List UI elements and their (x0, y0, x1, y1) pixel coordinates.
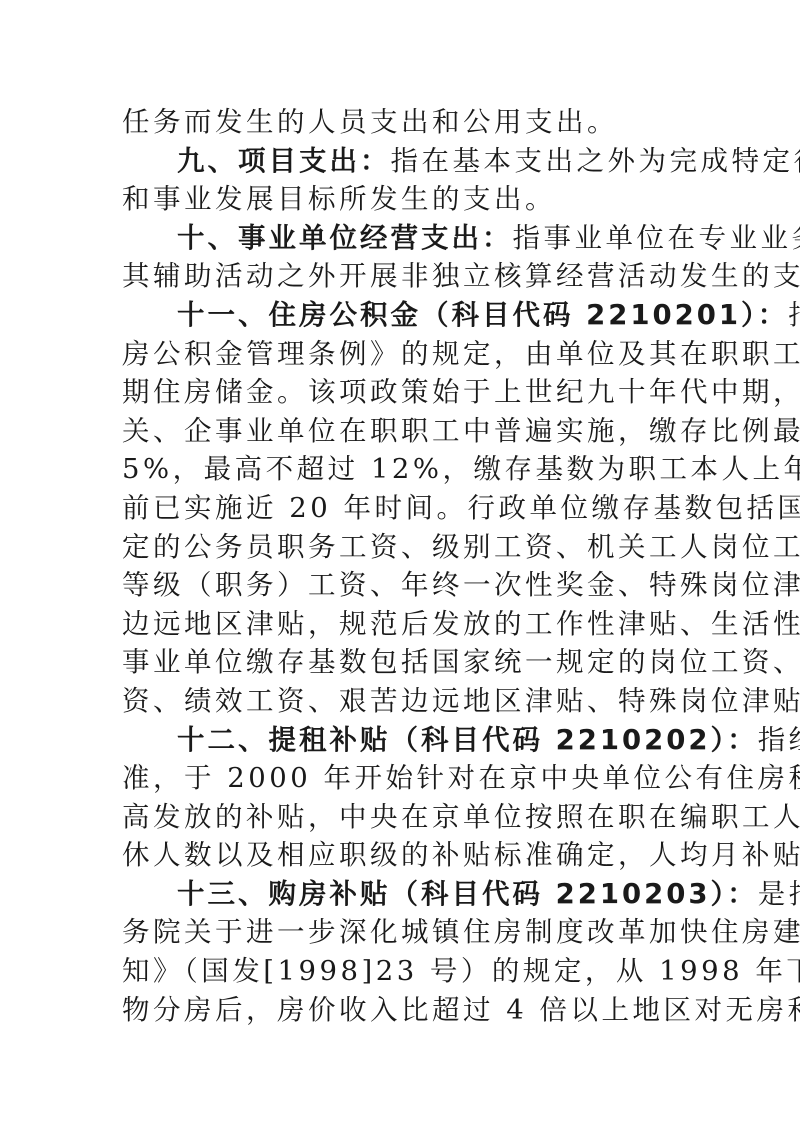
text-line: 资、绩效工资、艰苦边远地区津贴、特殊岗位津贴等。 (122, 682, 682, 721)
text-line: 边远地区津贴，规范后发放的工作性津贴、生活性补贴等； (122, 605, 682, 644)
line-text: 任务而发生的人员支出和公用支出。 (122, 106, 618, 138)
line-text: 物分房后，房价收入比超过 4 倍以上地区对无房和住房未达 (122, 994, 800, 1026)
line-text: 指经国务院批 (758, 724, 800, 756)
text-line: 物分房后，房价收入比超过 4 倍以上地区对无房和住房未达 (122, 991, 682, 1030)
text-line: 定的公务员职务工资、级别工资、机关工人岗位工资和技术 (122, 528, 682, 567)
document-page: 任务而发生的人员支出和公用支出。 九、项目支出：指在基本支出之外为完成特定行政任… (122, 103, 682, 1029)
section-heading: 十二、提租补贴（科目代码 2210202）： (177, 724, 758, 756)
line-text: 关、企事业单位在职职工中普遍实施，缴存比例最低不低于 (122, 415, 800, 447)
section-heading: 十、事业单位经营支出： (177, 222, 513, 254)
text-line: 高发放的补贴，中央在京单位按照在职在编职工人数和离退 (122, 798, 682, 837)
line-text: 边远地区津贴，规范后发放的工作性津贴、生活性补贴等； (122, 608, 800, 640)
text-line: 和事业发展目标所发生的支出。 (122, 180, 682, 219)
line-text: 前已实施近 20 年时间。行政单位缴存基数包括国家统一规 (122, 492, 800, 524)
line-text: 5%，最高不超过 12%，缴存基数为职工本人上年工资，目 (122, 453, 800, 485)
line-text: 其辅助活动之外开展非独立核算经营活动发生的支出。 (122, 260, 800, 292)
section-heading: 九、项目支出： (177, 145, 391, 177)
section-thirteen-heading-line: 十三、购房补贴（科目代码 2210203）：是指根据《国 (122, 875, 682, 914)
text-line: 房公积金管理条例》的规定，由单位及其在职职工缴存的长 (122, 335, 682, 374)
text-line: 关、企事业单位在职职工中普遍实施，缴存比例最低不低于 (122, 412, 682, 451)
line-text: 指在基本支出之外为完成特定行政任务 (391, 145, 800, 177)
text-line: 前已实施近 20 年时间。行政单位缴存基数包括国家统一规 (122, 489, 682, 528)
text-line: 任务而发生的人员支出和公用支出。 (122, 103, 682, 142)
line-text: 房公积金管理条例》的规定，由单位及其在职职工缴存的长 (122, 338, 800, 370)
line-text: 是指根据《国 (758, 878, 800, 910)
section-heading: 十一、住房公积金（科目代码 2210201）： (177, 299, 788, 331)
section-ten-heading-line: 十、事业单位经营支出：指事业单位在专业业务活动及 (122, 219, 682, 258)
line-text: 务院关于进一步深化城镇住房制度改革加快住房建设的通 (122, 916, 800, 948)
text-line: 准，于 2000 年开始针对在京中央单位公有住房租金标准提 (122, 759, 682, 798)
line-text: 知》（国发[1998]23 号）的规定，从 1998 年下半年停止实 (122, 955, 800, 987)
line-text: 定的公务员职务工资、级别工资、机关工人岗位工资和技术 (122, 531, 800, 563)
line-text: 指按照《住 (788, 299, 800, 331)
line-text: 和事业发展目标所发生的支出。 (122, 183, 556, 215)
text-line: 休人数以及相应职级的补贴标准确定，人均月补贴 90 元。 (122, 836, 682, 875)
text-line: 等级（职务）工资、年终一次性奖金、特殊岗位津贴、艰苦 (122, 566, 682, 605)
text-line: 5%，最高不超过 12%，缴存基数为职工本人上年工资，目 (122, 450, 682, 489)
line-text: 资、绩效工资、艰苦边远地区津贴、特殊岗位津贴等。 (122, 685, 800, 717)
line-text: 高发放的补贴，中央在京单位按照在职在编职工人数和离退 (122, 801, 800, 833)
text-line: 知》（国发[1998]23 号）的规定，从 1998 年下半年停止实 (122, 952, 682, 991)
section-heading: 十三、购房补贴（科目代码 2210203）： (177, 878, 758, 910)
text-line: 期住房储金。该项政策始于上世纪九十年代中期，在全国机 (122, 373, 682, 412)
section-eleven-heading-line: 十一、住房公积金（科目代码 2210201）：指按照《住 (122, 296, 682, 335)
text-line: 事业单位缴存基数包括国家统一规定的岗位工资、薪级工 (122, 643, 682, 682)
line-text: 等级（职务）工资、年终一次性奖金、特殊岗位津贴、艰苦 (122, 569, 800, 601)
text-line: 务院关于进一步深化城镇住房制度改革加快住房建设的通 (122, 913, 682, 952)
line-text: 指事业单位在专业业务活动及 (513, 222, 800, 254)
line-text: 休人数以及相应职级的补贴标准确定，人均月补贴 90 元。 (122, 839, 800, 871)
line-text: 准，于 2000 年开始针对在京中央单位公有住房租金标准提 (122, 762, 800, 794)
section-twelve-heading-line: 十二、提租补贴（科目代码 2210202）：指经国务院批 (122, 721, 682, 760)
text-line: 其辅助活动之外开展非独立核算经营活动发生的支出。 (122, 257, 682, 296)
line-text: 事业单位缴存基数包括国家统一规定的岗位工资、薪级工 (122, 646, 800, 678)
section-nine-heading-line: 九、项目支出：指在基本支出之外为完成特定行政任务 (122, 142, 682, 181)
line-text: 期住房储金。该项政策始于上世纪九十年代中期，在全国机 (122, 376, 800, 408)
